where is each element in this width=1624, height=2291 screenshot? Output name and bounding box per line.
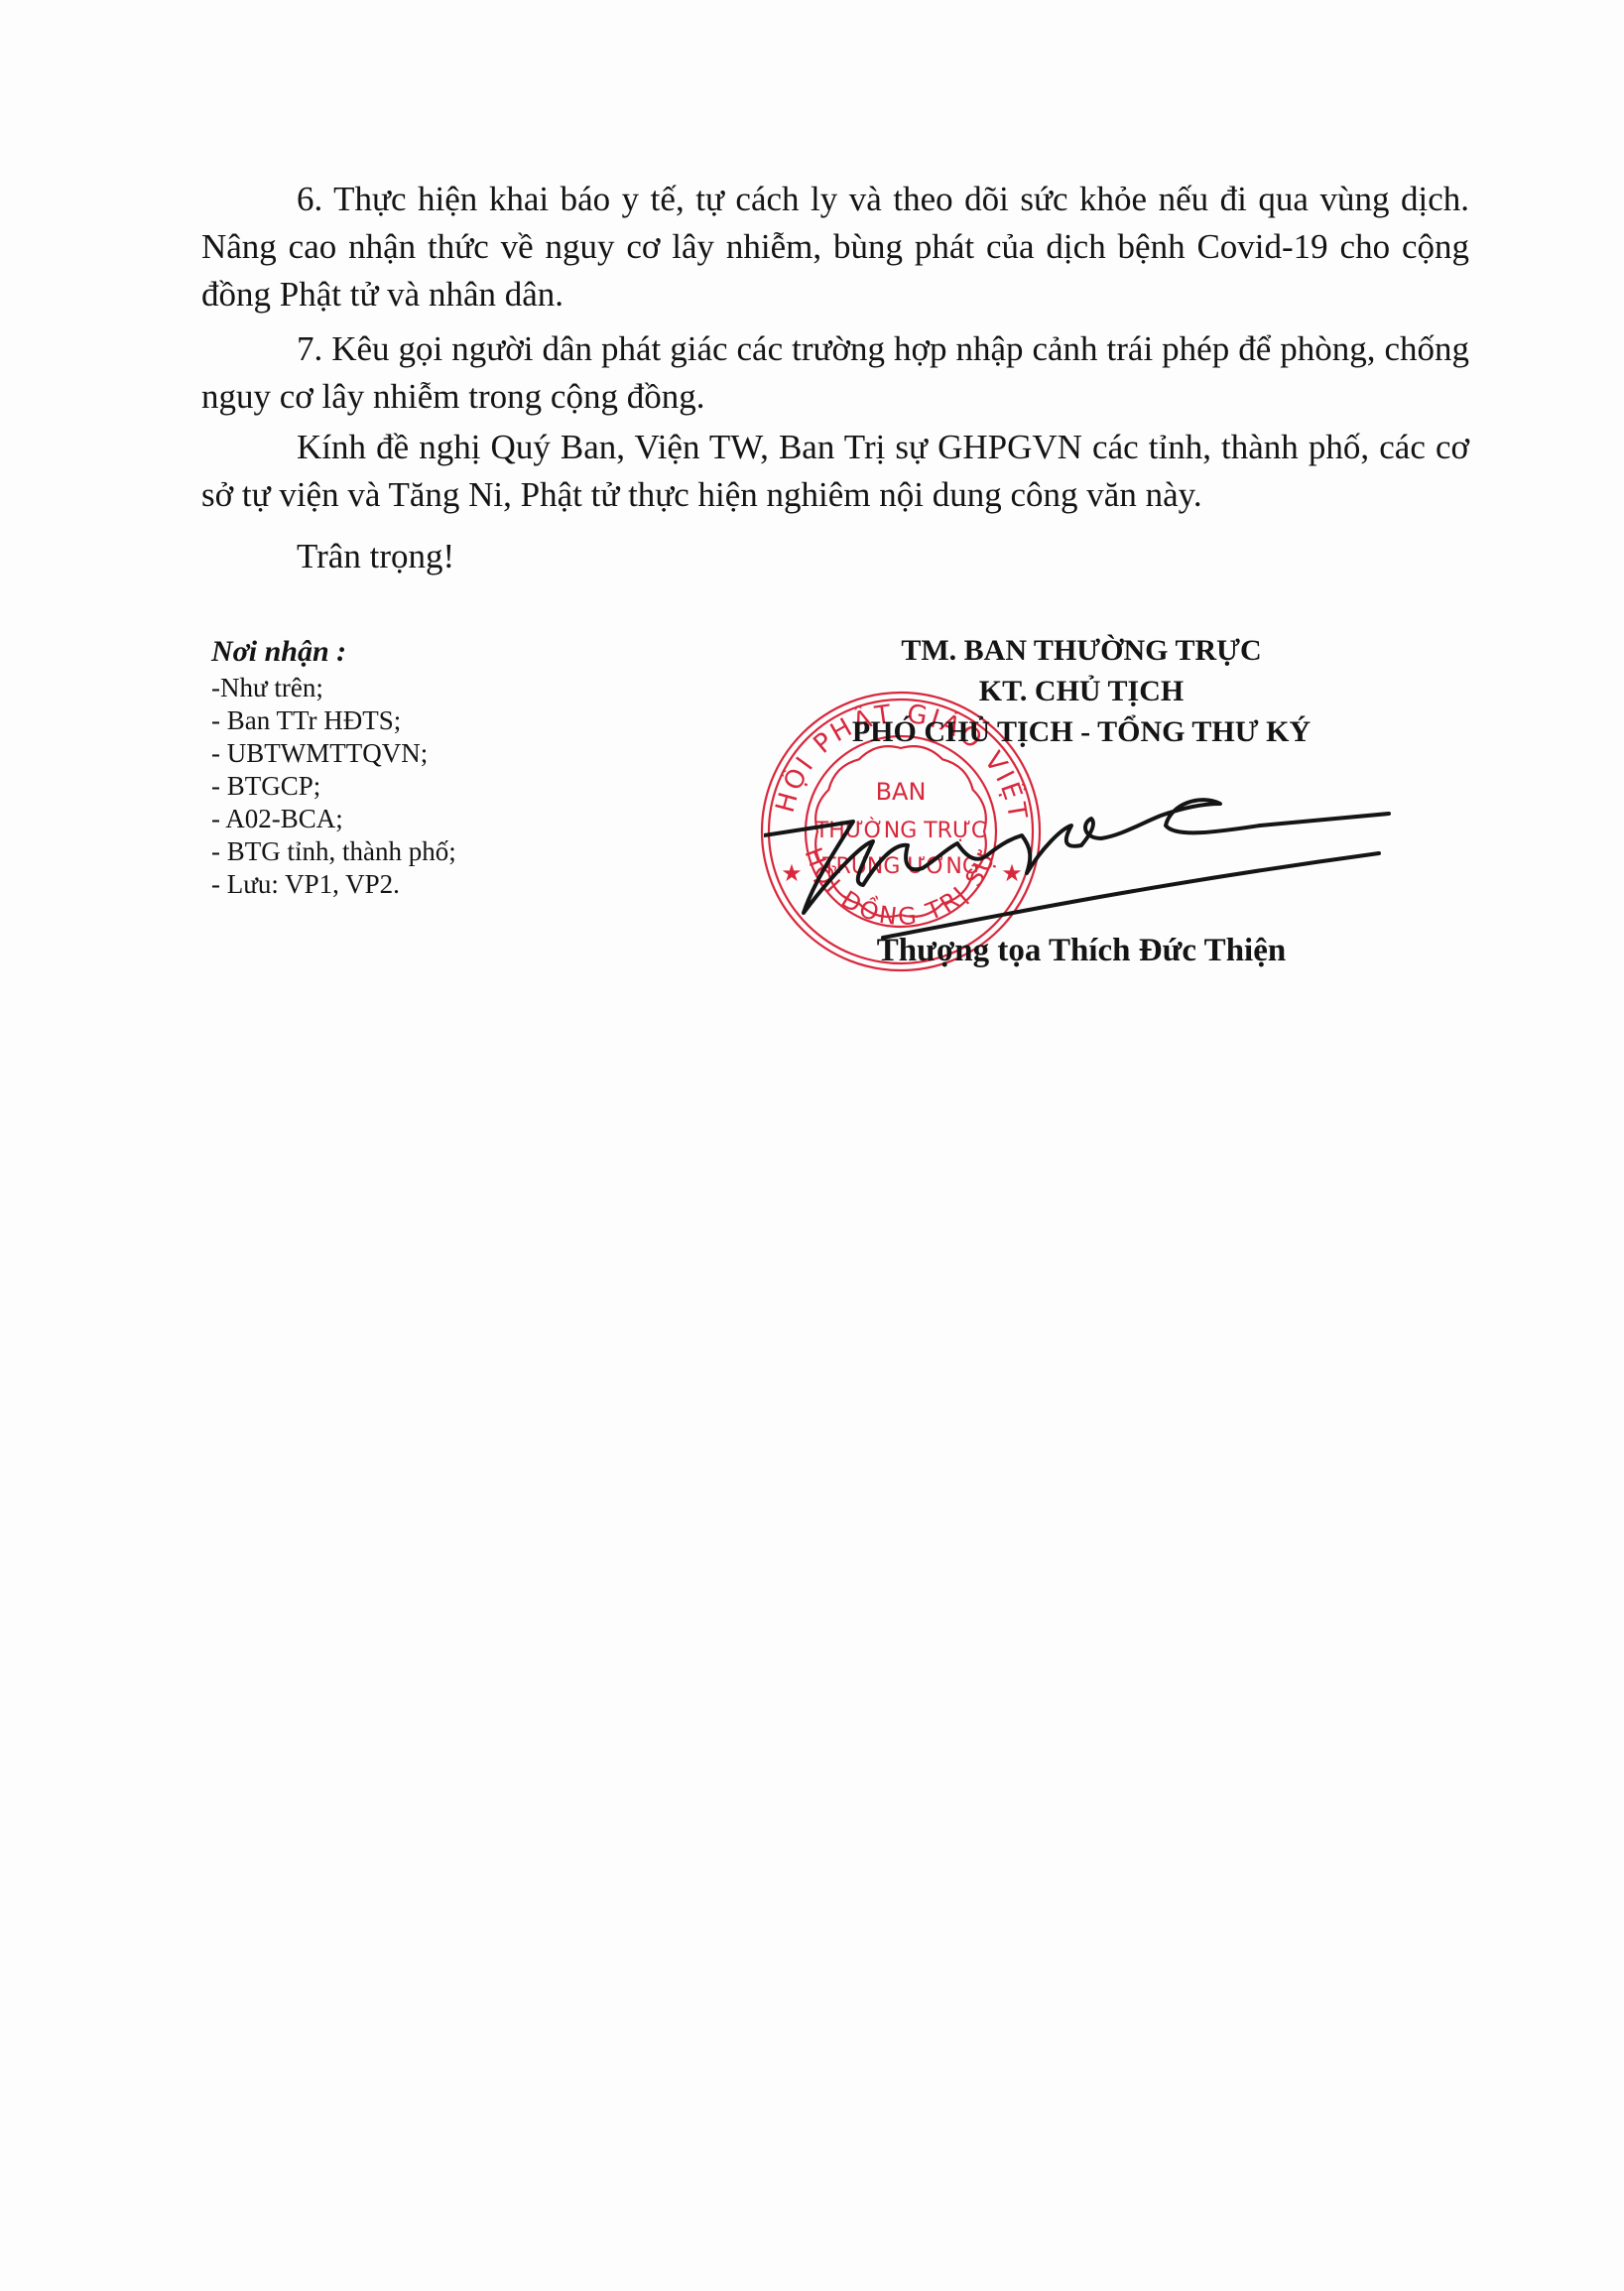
- recipient-item: - UBTWMTTQVN;: [211, 737, 456, 770]
- recipient-item: - Lưu: VP1, VP2.: [211, 868, 456, 901]
- signature-block: TM. BAN THƯỜNG TRỰC KT. CHỦ TỊCH PHÓ CHỦ…: [754, 630, 1409, 752]
- paragraph-request: Kính đề nghị Quý Ban, Viện TW, Ban Trị s…: [201, 424, 1469, 519]
- recipient-item: - Ban TTr HĐTS;: [211, 704, 456, 737]
- signature-title-line: PHÓ CHỦ TỊCH - TỔNG THƯ KÝ: [754, 711, 1409, 752]
- paragraph-closing: Trân trọng!: [201, 533, 1469, 580]
- paragraph-item-7: 7. Kêu gọi người dân phát giác các trườn…: [201, 325, 1469, 421]
- signature-title-line: TM. BAN THƯỜNG TRỰC: [754, 630, 1409, 671]
- recipients-heading: Nơi nhận :: [211, 635, 456, 668]
- document-page: 6. Thực hiện khai báo y tế, tự cách ly v…: [0, 0, 1624, 2291]
- signer-name: Thượng tọa Thích Đức Thiện: [754, 933, 1409, 969]
- recipients-block: Nơi nhận : -Như trên; - Ban TTr HĐTS; - …: [211, 635, 456, 901]
- signature-title-line: KT. CHỦ TỊCH: [754, 671, 1409, 711]
- recipient-item: - BTGCP;: [211, 770, 456, 803]
- handwritten-signature: [764, 764, 1399, 953]
- recipient-item: -Như trên;: [211, 672, 456, 704]
- paragraph-item-6: 6. Thực hiện khai báo y tế, tự cách ly v…: [201, 176, 1469, 318]
- recipient-item: - A02-BCA;: [211, 803, 456, 835]
- recipient-item: - BTG tỉnh, thành phố;: [211, 835, 456, 868]
